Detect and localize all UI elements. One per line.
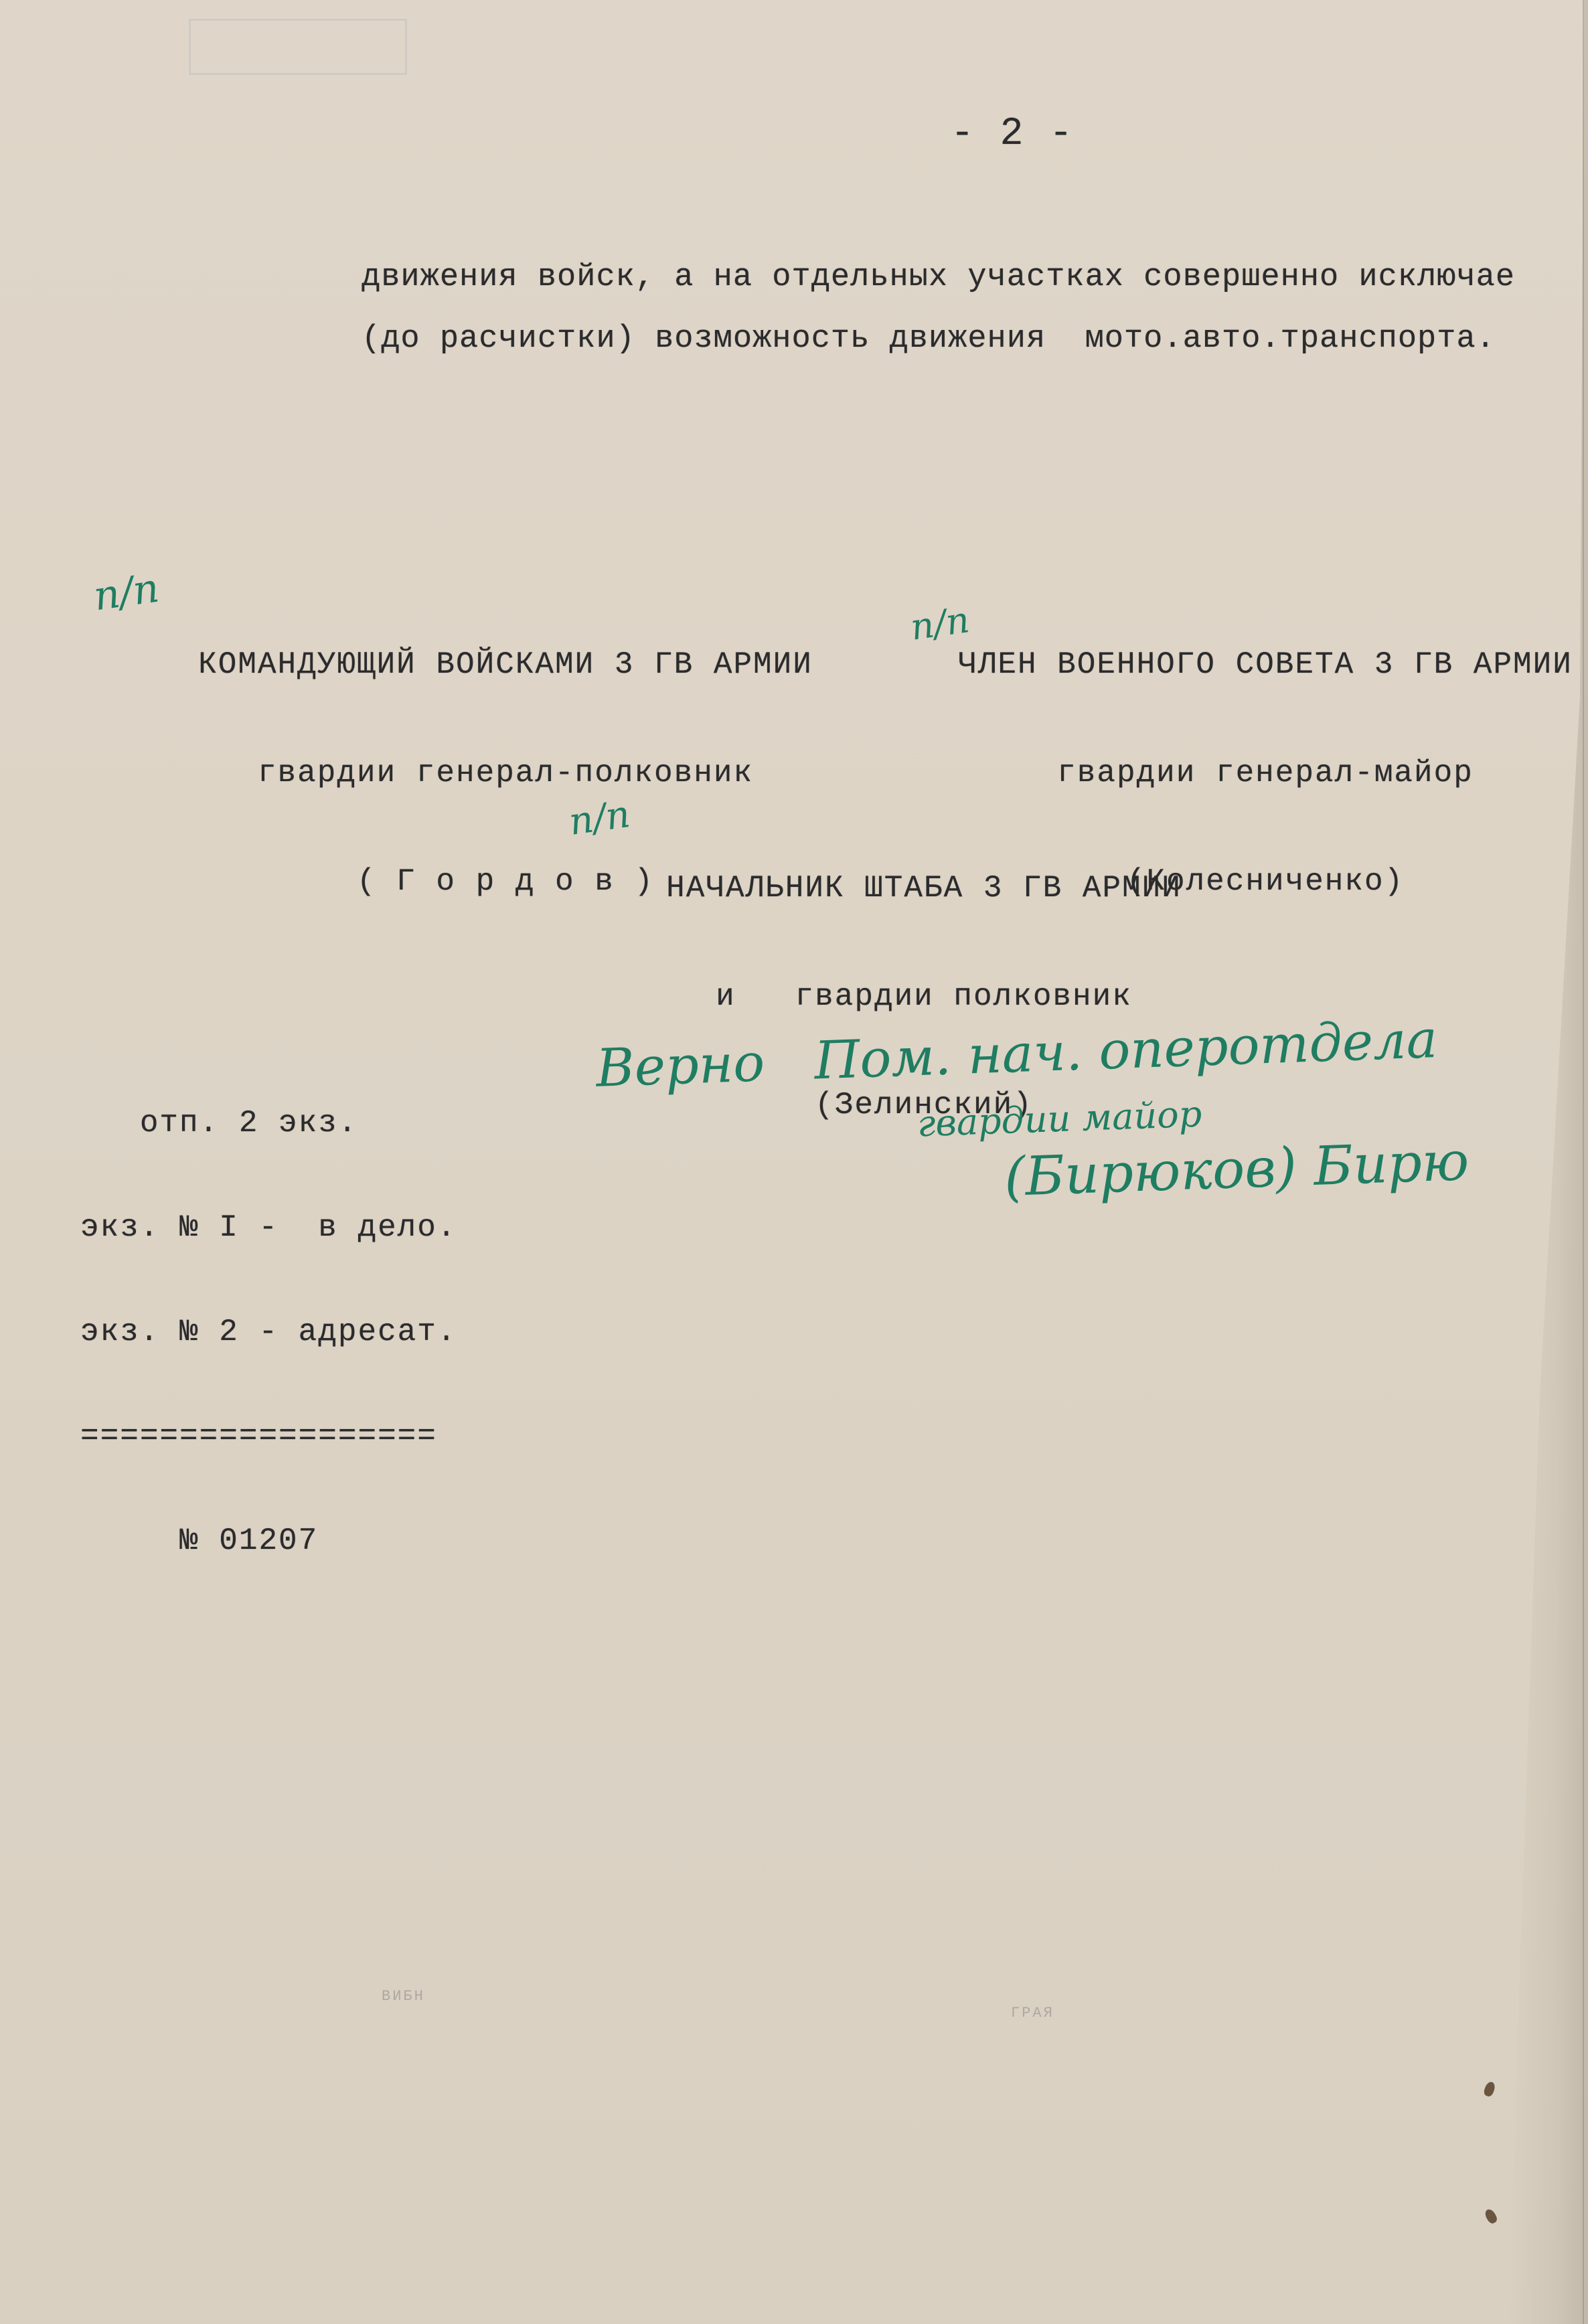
- faint-show-through-mark: ГРАЯ: [1011, 2005, 1054, 2021]
- signature-title: ЧЛЕН ВОЕННОГО СОВЕТА 3 ГВ АРМИИ: [910, 647, 1588, 683]
- binding-hole-mark: [1483, 2080, 1497, 2097]
- signature-rank: гвардии генерал-майор: [910, 755, 1588, 791]
- signature-title: НАЧАЛЬНИК ШТАБА 3 ГВ АРМИИ: [623, 870, 1225, 906]
- page-edge: [1583, 0, 1584, 2324]
- signature-rank: и гвардии полковник: [623, 979, 1225, 1015]
- handwritten-pp-annotation-left: п/п: [91, 565, 162, 620]
- faded-stamp: [189, 19, 407, 75]
- page-number: - 2 -: [951, 112, 1074, 156]
- copy-2-destination: экз. № 2 - адресат.: [80, 1315, 457, 1349]
- copies-count: отп. 2 экз.: [80, 1106, 457, 1141]
- body-text-line-2: (до расчистки) возможность движения мото…: [362, 321, 1496, 357]
- signature-rank: гвардии генерал-полковник: [164, 755, 847, 791]
- distribution-list: отп. 2 экз. экз. № I - в дело. экз. № 2 …: [80, 1036, 457, 1628]
- separator-line: ==================: [80, 1419, 457, 1454]
- copy-1-destination: экз. № I - в дело.: [80, 1210, 457, 1245]
- document-number: № 01207: [80, 1523, 457, 1558]
- binding-hole-mark: [1483, 2208, 1498, 2225]
- faint-show-through-mark: ВИБН: [382, 1988, 425, 2005]
- page-edge-shadow: [1508, 0, 1588, 2324]
- body-text-line-1: движения войск, а на отдельных участках …: [362, 260, 1515, 295]
- document-page: - 2 - движения войск, а на отдельных уча…: [0, 0, 1588, 2324]
- signature-title: КОМАНДУЮЩИЙ ВОЙСКАМИ 3 ГВ АРМИИ: [164, 647, 847, 683]
